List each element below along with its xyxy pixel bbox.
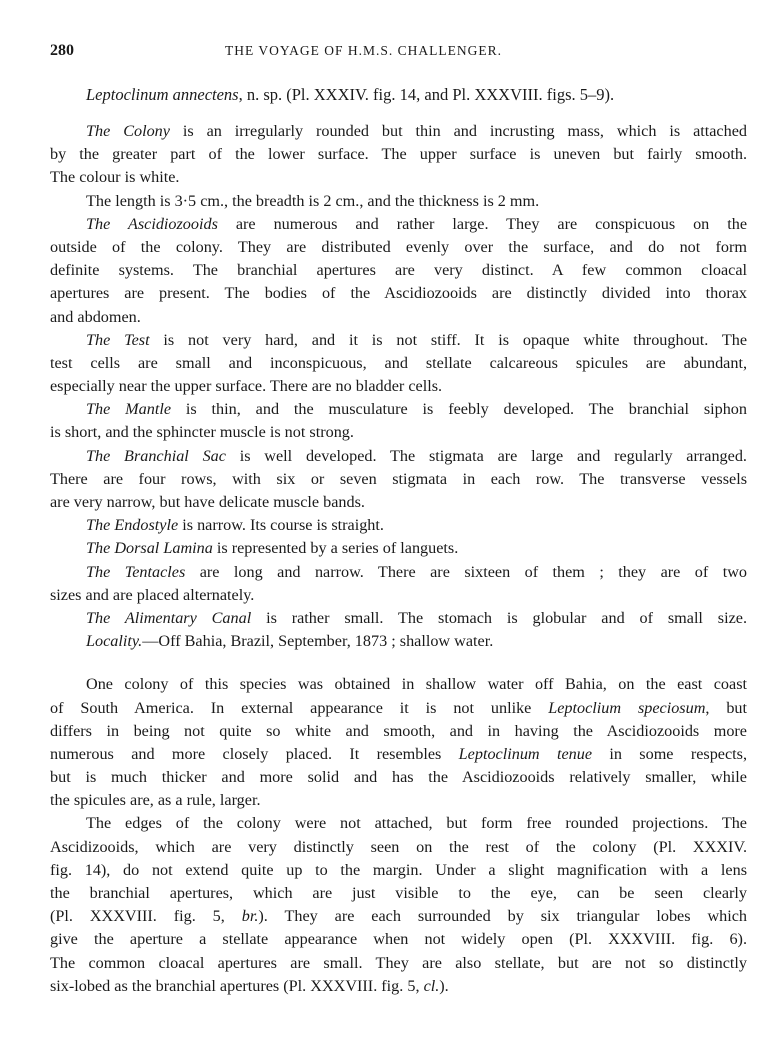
alimentary-canal-label: The Alimentary Canal xyxy=(86,609,251,627)
mantle-label: The Mantle xyxy=(86,400,171,418)
branchial-sac-line-2: There are four rows, with six or seven s… xyxy=(50,468,747,491)
p1-line-5: but is much thicker and more solid and h… xyxy=(50,766,747,789)
p2-line-1: The edges of the colony were not attache… xyxy=(50,812,747,835)
test-label: The Test xyxy=(86,331,150,349)
p2-line-4: the branchial apertures, which are just … xyxy=(50,882,747,905)
locality-label: Locality. xyxy=(86,632,142,650)
endostyle-line: The Endostyle is narrow. Its course is s… xyxy=(50,514,747,537)
endostyle-label: The Endostyle xyxy=(86,516,178,534)
p2-line-6: give the aperture a stellate appearance … xyxy=(50,928,747,951)
abbrev-br: br. xyxy=(242,907,259,925)
p2-line-5: (Pl. XXXVIII. fig. 5, br.). They are eac… xyxy=(50,905,747,928)
tentacles-label: The Tentacles xyxy=(86,563,185,581)
mantle-line-2: is short, and the sphincter muscle is no… xyxy=(50,421,747,444)
tentacles-line-1: The Tentacles are long and narrow. There… xyxy=(50,561,747,584)
species-name: Leptoclinum annectens xyxy=(86,85,239,104)
dorsal-lamina-label: The Dorsal Lamina xyxy=(86,539,213,557)
locality-line: Locality.—Off Bahia, Brazil, September, … xyxy=(50,630,747,653)
colony-line-3: The colour is white. xyxy=(50,166,747,189)
document-page: 280 THE VOYAGE OF H.M.S. CHALLENGER. Lep… xyxy=(50,42,747,998)
p2-line-3: fig. 14), do not extend quite up to the … xyxy=(50,859,747,882)
discussion-paragraph-2: The edges of the colony were not attache… xyxy=(50,812,747,998)
ascidiozooids-line-5: and abdomen. xyxy=(50,306,747,329)
tentacles-line-2: sizes and are placed alternately. xyxy=(50,584,747,607)
species-reference-leptoclinum-tenue: Leptoclinum tenue xyxy=(459,745,592,763)
ascidiozooids-line-4: apertures are present. The bodies of the… xyxy=(50,282,747,305)
alimentary-canal-line: The Alimentary Canal is rather small. Th… xyxy=(50,607,747,630)
p2-line-2: Ascidizooids, which are very distinctly … xyxy=(50,836,747,859)
discussion-paragraph-1: One colony of this species was obtained … xyxy=(50,673,747,812)
branchial-sac-line-1: The Branchial Sac is well developed. The… xyxy=(50,445,747,468)
branchial-sac-line-3: are very narrow, but have delicate muscl… xyxy=(50,491,747,514)
species-heading-references: , n. sp. (Pl. XXXIV. fig. 14, and Pl. XX… xyxy=(239,85,615,104)
colony-label: The Colony xyxy=(86,122,170,140)
ascidiozooids-line-1: The Ascidiozooids are numerous and rathe… xyxy=(50,213,747,236)
p1-line-3: differs in being not quite so white and … xyxy=(50,720,747,743)
abbrev-cl: cl. xyxy=(424,977,440,995)
ascidiozooids-line-3: definite systems. The branchial aperture… xyxy=(50,259,747,282)
running-title: THE VOYAGE OF H.M.S. CHALLENGER. xyxy=(225,43,502,59)
ascidiozooids-line-2: outside of the colony. They are distribu… xyxy=(50,236,747,259)
p1-line-6: the spicules are, as a rule, larger. xyxy=(50,789,747,812)
mantle-line-1: The Mantle is thin, and the musculature … xyxy=(50,398,747,421)
species-description: The Colony is an irregularly rounded but… xyxy=(50,120,747,653)
p1-line-2: of South America. In external appearance… xyxy=(50,697,747,720)
p2-line-8: six-lobed as the branchial apertures (Pl… xyxy=(50,975,747,998)
p2-line-7: The common cloacal apertures are small. … xyxy=(50,952,747,975)
running-header: 280 THE VOYAGE OF H.M.S. CHALLENGER. xyxy=(50,42,747,66)
branchial-sac-label: The Branchial Sac xyxy=(86,447,226,465)
colony-line-1: The Colony is an irregularly rounded but… xyxy=(50,120,747,143)
page-number: 280 xyxy=(50,42,74,60)
ascidiozooids-label: The Ascidiozooids xyxy=(86,215,218,233)
colony-line-2: by the greater part of the lower surface… xyxy=(50,143,747,166)
species-heading: Leptoclinum annectens, n. sp. (Pl. XXXIV… xyxy=(50,84,747,106)
test-line-2: test cells are small and inconspicuous, … xyxy=(50,352,747,375)
dorsal-lamina-line: The Dorsal Lamina is represented by a se… xyxy=(50,537,747,560)
measurements-line: The length is 3·5 cm., the breadth is 2 … xyxy=(50,190,747,213)
p1-line-4: numerous and more closely placed. It res… xyxy=(50,743,747,766)
p1-line-1: One colony of this species was obtained … xyxy=(50,673,747,696)
species-reference-leptoclium-speciosum: Leptoclium speciosum xyxy=(548,699,705,717)
test-line-3: especially near the upper surface. There… xyxy=(50,375,747,398)
test-line-1: The Test is not very hard, and it is not… xyxy=(50,329,747,352)
